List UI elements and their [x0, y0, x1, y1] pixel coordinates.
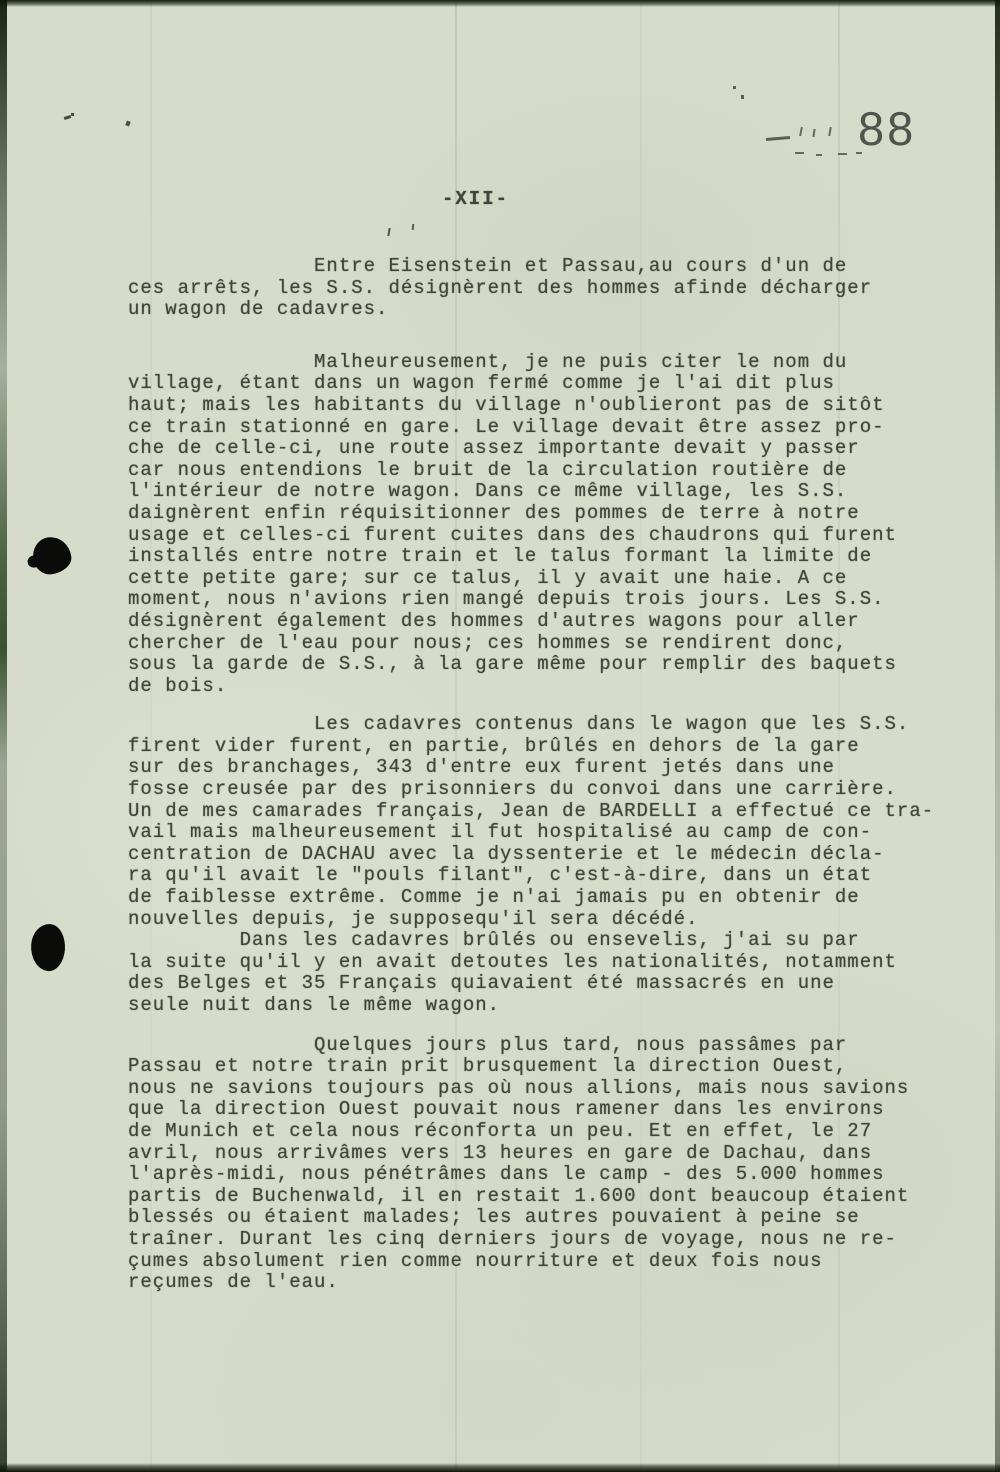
pencil-mark	[812, 129, 815, 137]
pencil-mark	[838, 153, 847, 155]
scan-edge-right	[995, 0, 1000, 1472]
scan-edge-bottom	[0, 1463, 1000, 1472]
pencil-mark	[816, 154, 822, 156]
page-number: 88	[858, 104, 916, 154]
pencil-mark	[856, 152, 862, 154]
ink-speck	[412, 224, 415, 230]
pen-mark	[71, 113, 74, 116]
scan-edge-left	[0, 0, 7, 1472]
ink-speck	[733, 86, 736, 89]
scan-edge-top	[0, 0, 1000, 7]
section-title: -XII-	[442, 189, 509, 211]
paragraph-5: Quelques jours plus tard, nous passâmes …	[128, 1035, 988, 1294]
pencil-mark	[828, 127, 832, 136]
paragraph-2: Malheureusement, je ne puis citer le nom…	[128, 352, 988, 698]
paragraph-3: Les cadavres contenus dans le wagon que …	[128, 714, 988, 930]
binder-hole-top	[31, 535, 74, 577]
ink-speck	[741, 95, 744, 99]
pen-mark	[125, 120, 130, 126]
pencil-mark	[799, 127, 803, 136]
pencil-mark	[795, 152, 804, 154]
scanned-document-page: 88 -XII- Entre Eisenstein et Passau,au c…	[0, 0, 1000, 1472]
paragraph-1: Entre Eisenstein et Passau,au cours d'un…	[128, 256, 988, 321]
pencil-mark	[766, 136, 790, 141]
binder-hole-bottom	[29, 923, 66, 972]
paragraph-4: Dans les cadavres brûlés ou ensevelis, j…	[128, 930, 988, 1016]
document-text: Entre Eisenstein et Passau,au cours d'un…	[128, 256, 988, 1294]
ink-speck	[387, 228, 390, 236]
